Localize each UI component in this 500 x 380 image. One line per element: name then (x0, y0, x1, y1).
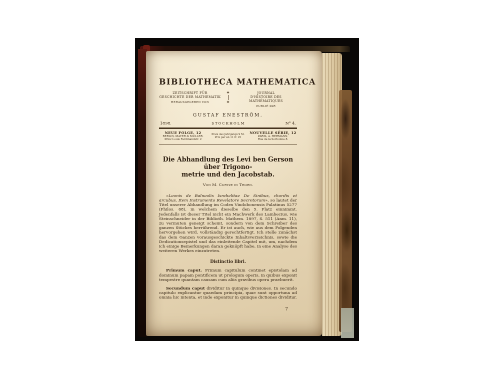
book-page: BIBLIOTHECA MATHEMATICA ZEITSCHRIFT FÜR … (146, 51, 322, 336)
article-byline: Von M. Curtze in Thorn. (159, 182, 297, 187)
year-label: 1898. (160, 121, 171, 126)
city-label: STOCKHOLM (212, 121, 246, 126)
horizontal-rule-thin (159, 144, 297, 145)
article-title-line1: Die Abhandlung des Levi ben Gerson über … (159, 155, 297, 170)
journal-title: BIBLIOTHECA MATHEMATICA (159, 77, 297, 87)
scan-background: BIBLIOTHECA MATHEMATICA ZEITSCHRIFT FÜR … (0, 0, 500, 380)
divider-line (228, 95, 229, 100)
masthead-divider: ✚ ✚ (223, 91, 233, 104)
issue-row: 1898. STOCKHOLM N° 4. (159, 121, 297, 126)
article-title-line2: metrie und den Jacobstab. (159, 170, 297, 178)
horizontal-rule-thick (159, 128, 297, 130)
masthead-french-column: JOURNAL D'HISTOIRE DES MATHÉMATIQUES PUB… (235, 91, 297, 109)
masthead-columns: ZEITSCHRIFT FÜR GESCHICHTE DER MATHEMATI… (159, 91, 297, 109)
fore-edge-texture (339, 90, 352, 332)
series-right-block: NOUVELLE SÉRIE, 12 PARIS, A. HERMANN. Ru… (249, 132, 297, 142)
chapter-summary-1: Primum caput. Primum capitulum continet … (159, 268, 297, 282)
cross-ornament-bottom-icon: ✚ (227, 101, 230, 105)
masthead-french-line2: D'HISTOIRE DES MATHÉMATIQUES (235, 95, 297, 103)
page-number: 7 (159, 307, 297, 312)
book-photo: BIBLIOTHECA MATHEMATICA ZEITSCHRIFT FÜR … (135, 38, 359, 341)
series-left-block: NEUE FOLGE. 12 BERLIN, MAYER & MÜLLER. P… (159, 132, 207, 142)
publisher-left-address: Prinz Louis Ferdinandstr. 2 (159, 138, 207, 141)
book-cover-corner (341, 308, 354, 338)
masthead-german-line3: HERAUSGEGEBEN VON (159, 101, 221, 105)
price-french: Prix par an 11 fr. 25 (210, 136, 246, 139)
paragraph-text: so lautet der Titel unserer Abhandlung i… (159, 197, 297, 253)
publisher-right-address: Rue de la Sorbonne 8. (249, 138, 297, 141)
series-row: NEUE FOLGE. 12 BERLIN, MAYER & MÜLLER. P… (159, 132, 297, 142)
chapter-summary-2: Secundum caput dividitur in quinque divi… (159, 286, 297, 300)
section-heading: Distinctio libri. (159, 259, 297, 264)
masthead-german-line2: GESCHICHTE DER MATHEMATIK (159, 95, 221, 99)
issue-number: N° 4. (285, 121, 296, 126)
price-block: Preis des Jahrgangs 9 M. Prix par an 11 … (210, 132, 246, 140)
masthead-french-line3: PUBLIÉ PAR (235, 105, 297, 109)
editor-name: GUSTAF ENESTRÖM. (159, 113, 297, 118)
masthead-german-column: ZEITSCHRIFT FÜR GESCHICHTE DER MATHEMATI… (159, 91, 221, 105)
article-paragraph: «Leonis de Balneolis Israhelitae De Sini… (159, 193, 297, 253)
article-title: Die Abhandlung des Levi ben Gerson über … (159, 155, 297, 178)
cross-ornament-top-icon: ✚ (227, 91, 230, 95)
page-content: BIBLIOTHECA MATHEMATICA ZEITSCHRIFT FÜR … (159, 51, 297, 336)
